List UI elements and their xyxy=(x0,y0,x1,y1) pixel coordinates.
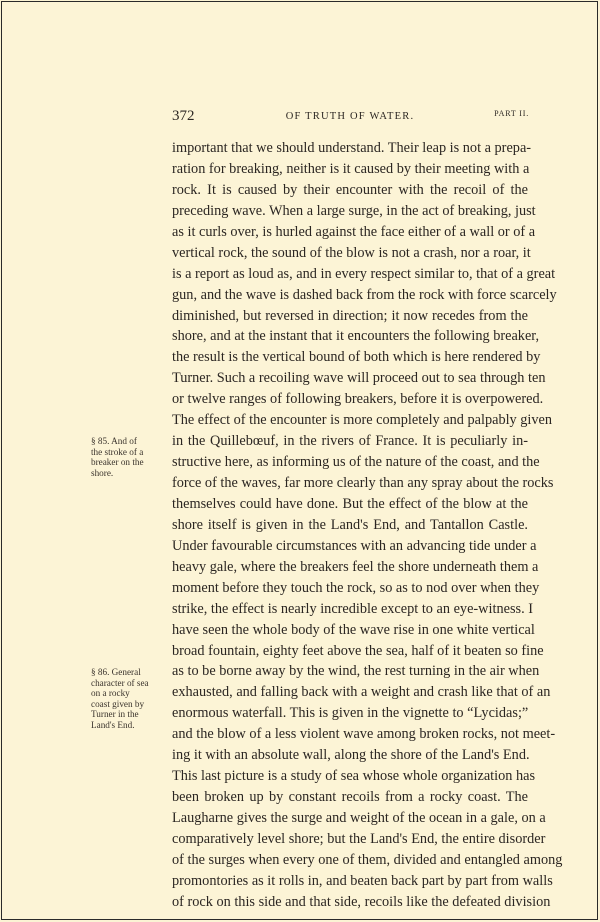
text-line: strike, the effect is nearly incredible … xyxy=(172,599,528,620)
text-line: gun, and the wave is dashed back from th… xyxy=(172,285,528,306)
text-line: enormous waterfall. This is given in the… xyxy=(172,703,528,724)
text-line: force of the waves, far more clearly tha… xyxy=(172,473,528,494)
text-line: in the Quillebœuf, in the rivers of Fran… xyxy=(172,431,528,452)
text-line: as it curls over, is hurled against the … xyxy=(172,222,528,243)
text-line: of rock on this side and that side, reco… xyxy=(172,892,528,913)
text-line: shore, and at the instant that it encoun… xyxy=(172,326,528,347)
text-line: been broken up by constant recoils from … xyxy=(172,787,528,808)
sidenote-line: shore. xyxy=(91,468,169,479)
body-text: important that we should understand. The… xyxy=(172,138,528,913)
text-line: of the surges when every one of them, di… xyxy=(172,850,528,871)
text-line: Laugharne gives the surge and weight of … xyxy=(172,808,528,829)
text-line: comparatively level shore; but the Land'… xyxy=(172,829,528,850)
text-line: ration for breaking, neither is it cause… xyxy=(172,159,528,180)
page-header: 372 OF TRUTH OF WATER. PART II. xyxy=(172,108,528,128)
sidenote-line: on a rocky xyxy=(91,688,169,699)
text-line: The effect of the encounter is more comp… xyxy=(172,410,528,431)
sidenote-section-85: § 85. And of the stroke of a breaker on … xyxy=(91,436,169,478)
text-line: exhausted, and falling back with a weigh… xyxy=(172,682,528,703)
text-line: This last picture is a study of sea whos… xyxy=(172,766,528,787)
sidenote-section-86: § 86. General character of sea on a rock… xyxy=(91,667,169,731)
sidenote-line: coast given by xyxy=(91,699,169,710)
sidenote-line: breaker on the xyxy=(91,457,169,468)
book-page: 372 OF TRUTH OF WATER. PART II. § 85. An… xyxy=(1,1,598,920)
text-line: and the blow of a less violent wave amon… xyxy=(172,724,528,745)
text-line: shore itself is given in the Land's End,… xyxy=(172,515,528,536)
text-line: vertical rock, the sound of the blow is … xyxy=(172,243,528,264)
text-line: ing it with an absolute wall, along the … xyxy=(172,745,528,766)
part-label: PART II. xyxy=(494,109,529,118)
sidenote-line: § 85. And of xyxy=(91,436,169,447)
text-line: heavy gale, where the breakers feel the … xyxy=(172,557,528,578)
text-line: as to be borne away by the wind, the res… xyxy=(172,661,528,682)
text-line: have seen the whole body of the wave ris… xyxy=(172,620,528,641)
text-line: or twelve ranges of following breakers, … xyxy=(172,389,528,410)
text-line: promontories as it rolls in, and beaten … xyxy=(172,871,528,892)
text-line: important that we should understand. The… xyxy=(172,138,528,159)
text-line: broad fountain, eighty feet above the se… xyxy=(172,641,528,662)
sidenote-line: the stroke of a xyxy=(91,447,169,458)
text-line: Under favourable circumstances with an a… xyxy=(172,536,528,557)
running-title: OF TRUTH OF WATER. xyxy=(172,111,528,122)
text-line: diminished, but reversed in direction; i… xyxy=(172,306,528,327)
text-line: rock. It is caused by their encounter wi… xyxy=(172,180,528,201)
sidenote-line: Turner in the xyxy=(91,709,169,720)
sidenote-line: character of sea xyxy=(91,678,169,689)
sidenote-line: § 86. General xyxy=(91,667,169,678)
text-line: the result is the vertical bound of both… xyxy=(172,347,528,368)
text-line: preceding wave. When a large surge, in t… xyxy=(172,201,528,222)
text-line: themselves could have done. But the effe… xyxy=(172,494,528,515)
text-line: is a report as loud as, and in every res… xyxy=(172,264,528,285)
sidenote-line: Land's End. xyxy=(91,720,169,731)
text-line: moment before they touch the rock, so as… xyxy=(172,578,528,599)
text-line: structive here, as informing us of the n… xyxy=(172,452,528,473)
text-line: Turner. Such a recoiling wave will proce… xyxy=(172,368,528,389)
